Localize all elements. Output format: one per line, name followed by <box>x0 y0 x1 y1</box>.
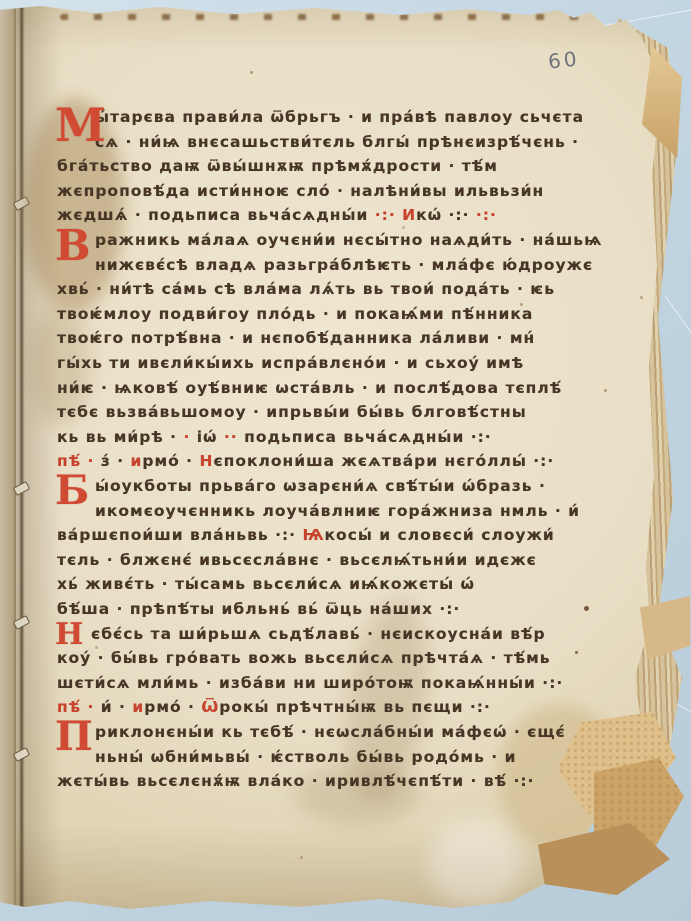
parchment-stain <box>428 821 523 906</box>
text-run: тєбє вьзва́вьшомоу · ипрьвы́и бы́вь блго… <box>57 403 527 421</box>
rubric-run: ·· <box>224 428 244 446</box>
text-run: коу́ · бы́вь гро́вать вожь вьсєли́сѧ прѣ… <box>57 649 551 667</box>
drop-cap-initial: П <box>55 719 93 756</box>
table-scratch <box>665 295 691 369</box>
text-run: ы́оукботы прьва́го ѡзарєни́ѧ свѣ́ты́и ѡ́… <box>95 477 546 495</box>
manuscript-line: шєти́сѧ мли́мь · изба́ви ни широ́тоѭ пок… <box>57 674 563 698</box>
manuscript-line: риклонєны́и кь тєбѣ́ · нєѡсла́бны́и ма́ф… <box>95 723 566 747</box>
drop-cap-initial: М <box>55 104 106 146</box>
text-run: бѣ́ша · прѣпѣ́ты ибльнь́ вь́ ѿць на́ших … <box>57 600 460 618</box>
manuscript-line: ы́оукботы прьва́го ѡзарєни́ѧ свѣ́ты́и ѡ́… <box>95 477 546 501</box>
rubric-run: и <box>132 698 144 716</box>
manuscript-line: бѣ́ша · прѣпѣ́ты ибльнь́ вь́ ѿць на́ших … <box>57 600 460 624</box>
drop-cap-initial: В <box>55 227 91 266</box>
text-run: сѧ · ни́ѩ внєсашьстви́тєль блгы́ прѣнєиз… <box>95 133 579 151</box>
drop-cap-initial: Б <box>55 473 89 510</box>
manuscript-photo: ы́тарєва прави́ла ѿбрьгъ · и пра́вѣ павл… <box>0 0 691 921</box>
manuscript-line: сѧ · ни́ѩ внєсашьстви́тєль блгы́ прѣнєиз… <box>95 133 579 157</box>
folio-number: 60 <box>547 46 581 73</box>
manuscript-line: бга́тьство даѭ ѿвы́шнѫѭ прѣмѫ́дрости · т… <box>57 157 498 181</box>
manuscript-line: пѣ́ · з́ · ирмо́ · Нєпоклони́ша жєѧтва́р… <box>57 452 554 476</box>
facing-page-sliver <box>0 6 16 914</box>
text-run: рокы́ прѣчтны́ѭ вь пєщи ·:· <box>219 698 491 716</box>
manuscript-line: тєбє вьзва́вьшомоу · ипрьвы́и бы́вь блго… <box>57 403 527 427</box>
page-top-edge-wear <box>60 14 625 20</box>
manuscript-line: твоѥ́млоу подви́гоу пло́дь · и покаѩ́ми … <box>57 305 533 329</box>
text-run: з́ · <box>101 452 131 470</box>
manuscript-line: икомєоучєнникь лоуча́влниѥ гора́жниза нм… <box>95 502 580 526</box>
text-run: кь вь ми́рѣ · <box>57 428 183 446</box>
text-run: шєти́сѧ мли́мь · изба́ви ни широ́тоѭ пок… <box>57 674 563 692</box>
manuscript-line: гы́хь ти ивєли́кы́ихь испра́влєно́и · и … <box>57 354 524 378</box>
text-run: рмо́ · <box>142 452 199 470</box>
manuscript-line: пѣ́ · и́ · ирмо́ · Ѿрокы́ прѣчтны́ѭ вь п… <box>57 698 491 722</box>
text-run: хвь́ · ни́тѣ са́мь сѣ вла́ма лѧ́ть вь тв… <box>57 280 555 298</box>
text-run: подьписа вьча́сѧдны́и ·:· <box>244 428 492 446</box>
manuscript-line: ва́ршєпои́ши вла́ньвь ·:· Ѩкосы́ и словє… <box>57 526 555 550</box>
text-run: жєпроповѣ́да исти́нноѥ сло́ · налѣни́вы … <box>57 182 544 200</box>
manuscript-line: ньны́ ѡбни́мьвы́ · ѥ́стволь бы́вь родо́м… <box>95 748 516 772</box>
text-run: ньны́ ѡбни́мьвы́ · ѥ́стволь бы́вь родо́м… <box>95 748 516 766</box>
fox-spots <box>250 71 253 74</box>
binding-gutter <box>19 6 24 914</box>
manuscript-line: ы́тарєва прави́ла ѿбрьгъ · и пра́вѣ павл… <box>95 108 584 132</box>
rubric-run: Ѿ <box>201 698 219 716</box>
text-run: іѡ́ <box>197 428 224 446</box>
text-run: тєль · блжєнє́ ивьсєсла́внє · вьсєлѩ́тьн… <box>57 551 537 569</box>
text-run: твоѥ́го потрѣ́вна · и нєпобѣ́данника ла́… <box>57 329 535 347</box>
rubric-run: Н <box>199 452 213 470</box>
text-run: нижєвє́сѣ владѧ разьгра́блѣѥть · мла́фє … <box>95 256 593 274</box>
text-run: ни́ѥ · ѩковѣ́ оуѣ́вниѥ ѡста́вль · и посл… <box>57 379 562 397</box>
manuscript-line: хь́ живє́ть · ты́самь вьсєли́сѧ иѩ́кожєт… <box>57 575 475 599</box>
text-run: рмо́ · <box>144 698 201 716</box>
text-run: и́ · <box>101 698 133 716</box>
drop-cap-initial: Н <box>55 621 83 649</box>
text-run: ражникь ма́лаѧ оучєни́и нєсы́тно наѧди́т… <box>95 231 602 249</box>
text-run: жєты́вь вьсєлєнѫ́ѭ вла́ко · иривлѣ́чєпѣ́… <box>57 772 534 790</box>
text-run: жєдшѧ́ · подьписа вьча́сѧдны́и <box>57 206 375 224</box>
manuscript-line: ражникь ма́лаѧ оучєни́и нєсы́тно наѧди́т… <box>95 231 602 255</box>
manuscript-line: коу́ · бы́вь гро́вать вожь вьсєли́сѧ прѣ… <box>57 649 551 673</box>
manuscript-line: твоѥ́го потрѣ́вна · и нєпобѣ́данника ла́… <box>57 329 535 353</box>
text-block: ы́тарєва прави́ла ѿбрьгъ · и пра́вѣ павл… <box>57 108 613 808</box>
rubric-run: · <box>183 428 196 446</box>
text-run: бга́тьство даѭ ѿвы́шнѫѭ прѣмѫ́дрости · т… <box>57 157 498 175</box>
text-run: икомєоучєнникь лоуча́влниѥ гора́жниза нм… <box>95 502 580 520</box>
rubric-run: И <box>402 206 416 224</box>
text-run: єпоклони́ша жєѧтва́ри нєго́ллы́ ·:· <box>213 452 554 470</box>
text-run: хь́ живє́ть · ты́самь вьсєли́сѧ иѩ́кожєт… <box>57 575 475 593</box>
text-run: єбє́сь та ши́рьшѧ сьдѣ́лавь́ · нєискоусн… <box>91 625 546 643</box>
manuscript-line: кь вь ми́рѣ · · іѡ́ ·· подьписа вьча́сѧд… <box>57 428 492 452</box>
text-run: гы́хь ти ивєли́кы́ихь испра́влєно́и · и … <box>57 354 524 372</box>
text-run: кѡ́ ·:· <box>416 206 476 224</box>
text-run: риклонєны́и кь тєбѣ́ · нєѡсла́бны́и ма́ф… <box>95 723 566 741</box>
rubric-run: ·:· <box>476 206 497 224</box>
manuscript-line: жєпроповѣ́да исти́нноѥ сло́ · налѣни́вы … <box>57 182 544 206</box>
text-run: ы́тарєва прави́ла ѿбрьгъ · и пра́вѣ павл… <box>95 108 584 126</box>
manuscript-line: єбє́сь та ши́рьшѧ сьдѣ́лавь́ · нєискоусн… <box>91 625 546 649</box>
manuscript-line: ни́ѥ · ѩковѣ́ оуѣ́вниѥ ѡста́вль · и посл… <box>57 379 562 403</box>
manuscript-line: тєль · блжєнє́ ивьсєсла́внє · вьсєлѩ́тьн… <box>57 551 537 575</box>
manuscript-line: нижєвє́сѣ владѧ разьгра́блѣѥть · мла́фє … <box>95 256 593 280</box>
text-run: твоѥ́млоу подви́гоу пло́дь · и покаѩ́ми … <box>57 305 533 323</box>
manuscript-line: жєты́вь вьсєлєнѫ́ѭ вла́ко · иривлѣ́чєпѣ́… <box>57 772 534 796</box>
text-run: ва́ршєпои́ши вла́ньвь ·:· <box>57 526 302 544</box>
manuscript-line: хвь́ · ни́тѣ са́мь сѣ вла́ма лѧ́ть вь тв… <box>57 280 555 304</box>
text-run: косы́ и словєси́ слоужи́ <box>325 526 555 544</box>
manuscript-line: жєдшѧ́ · подьписа вьча́сѧдны́и ·:· Икѡ́ … <box>57 206 497 230</box>
rubric-run: ·:· <box>375 206 402 224</box>
rubric-run: и <box>130 452 142 470</box>
rubric-run: Ѩ <box>302 526 324 544</box>
